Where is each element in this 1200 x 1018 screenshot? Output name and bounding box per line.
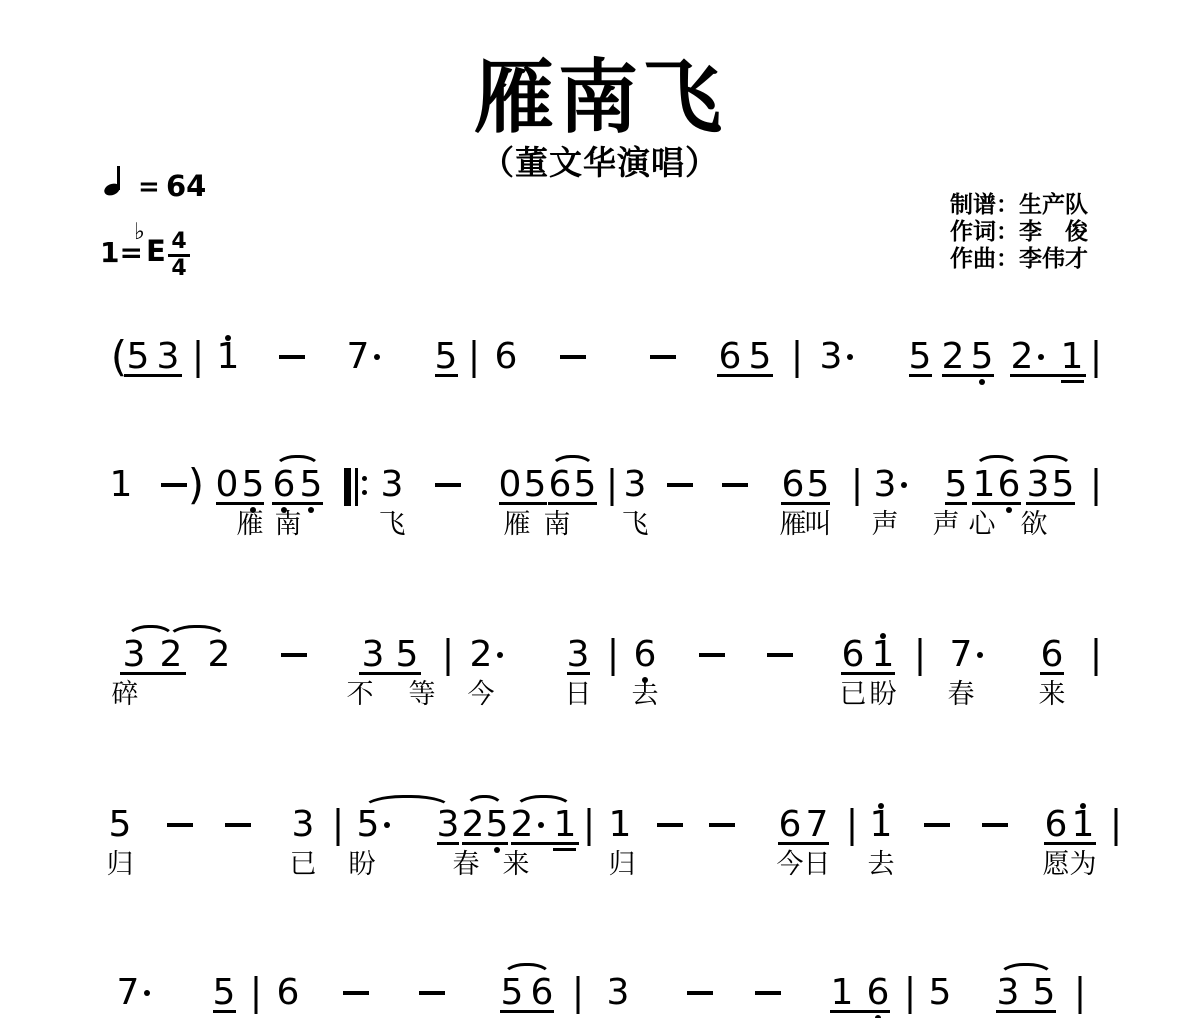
barline — [909, 976, 912, 1014]
note-7: 7 — [117, 976, 140, 1010]
note-6: 6 — [531, 976, 554, 1010]
slur-arc — [998, 963, 1054, 977]
note-3: 3 — [997, 976, 1020, 1010]
note-6: 6 — [277, 976, 300, 1010]
note-5: 5 — [1033, 976, 1056, 1010]
note-1: 1 — [831, 976, 854, 1010]
held-note-dash — [343, 991, 369, 995]
slur-arc — [502, 963, 552, 977]
augmentation-dot — [144, 990, 150, 996]
system-5: 75656316535 — [0, 0, 1200, 1018]
beam-underline — [830, 1010, 890, 1013]
barline — [1079, 976, 1082, 1014]
note-5: 5 — [501, 976, 524, 1010]
note-6: 6 — [867, 976, 890, 1010]
barline — [577, 976, 580, 1014]
beam-underline — [213, 1010, 236, 1013]
held-note-dash — [687, 991, 713, 995]
beam-underline — [500, 1010, 554, 1013]
note-5: 5 — [213, 976, 236, 1010]
barline — [255, 976, 258, 1014]
held-note-dash — [419, 991, 445, 995]
sheet-music-page: 雁南飞 （董文华演唱） = 64 1= ♭ E 4 4 制谱：生产队 作词：李 … — [0, 0, 1200, 1018]
note-5: 5 — [929, 976, 952, 1010]
note-3: 3 — [607, 976, 630, 1010]
beam-underline — [996, 1010, 1056, 1013]
held-note-dash — [755, 991, 781, 995]
